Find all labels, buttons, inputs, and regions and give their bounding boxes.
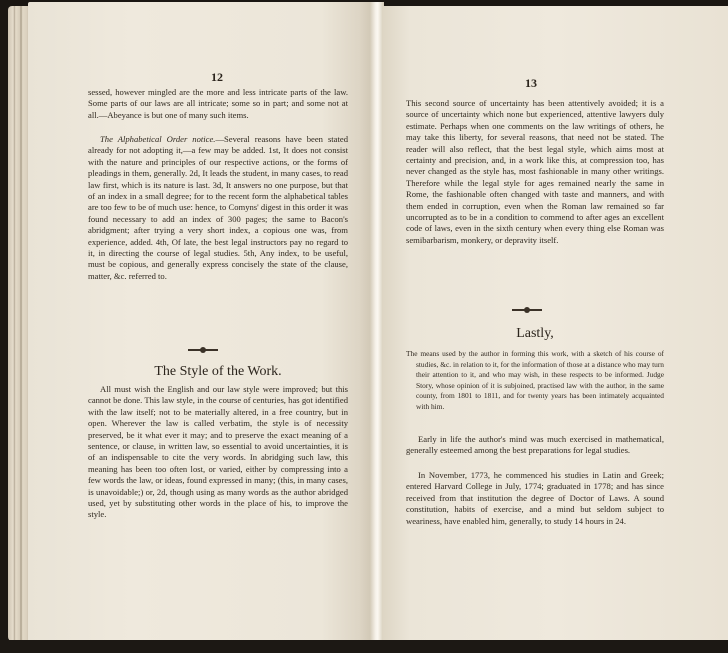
early-life-paragraph: Early in life the author's mind was much… <box>406 434 664 457</box>
section-divider-ornament <box>188 349 218 351</box>
november-paragraph: In November, 1773, he commenced his stud… <box>406 470 664 527</box>
section-heading-lastly: Lastly, <box>406 326 664 342</box>
alphabetical-order-section: The Alphabetical Order notice.—Several r… <box>88 134 348 282</box>
alphabetical-order-text: —Several reasons have been stated alread… <box>88 134 348 281</box>
right-page: 13 This second source of uncertainty has… <box>382 6 728 646</box>
paragraph-text: In November, 1773, he commenced his stud… <box>406 470 664 527</box>
paragraph-text: Early in life the author's mind was much… <box>406 434 664 457</box>
section-divider-ornament <box>512 309 542 311</box>
left-opening-paragraph: sessed, however mingled are the more and… <box>88 87 348 121</box>
page-number-right: 13 <box>525 76 537 91</box>
paragraph-text: The means used by the author in forming … <box>406 349 664 413</box>
open-book: 12 sessed, however mingled are the more … <box>0 0 728 653</box>
paragraph-text: This second source of uncertainty has be… <box>406 98 664 246</box>
right-opening-paragraph: This second source of uncertainty has be… <box>406 98 664 246</box>
paragraph-text: All must wish the English and our law st… <box>88 384 348 521</box>
table-surface <box>0 640 728 653</box>
style-of-work-paragraph: All must wish the English and our law st… <box>88 384 348 521</box>
alphabetical-order-lead-in: The Alphabetical Order notice. <box>100 134 215 144</box>
section-heading-style: The Style of the Work. <box>88 364 348 380</box>
author-note-paragraph: The means used by the author in forming … <box>406 349 664 413</box>
paragraph-text: sessed, however mingled are the more and… <box>88 87 348 121</box>
left-page: 12 sessed, however mingled are the more … <box>28 2 373 647</box>
page-number-left: 12 <box>211 70 223 85</box>
